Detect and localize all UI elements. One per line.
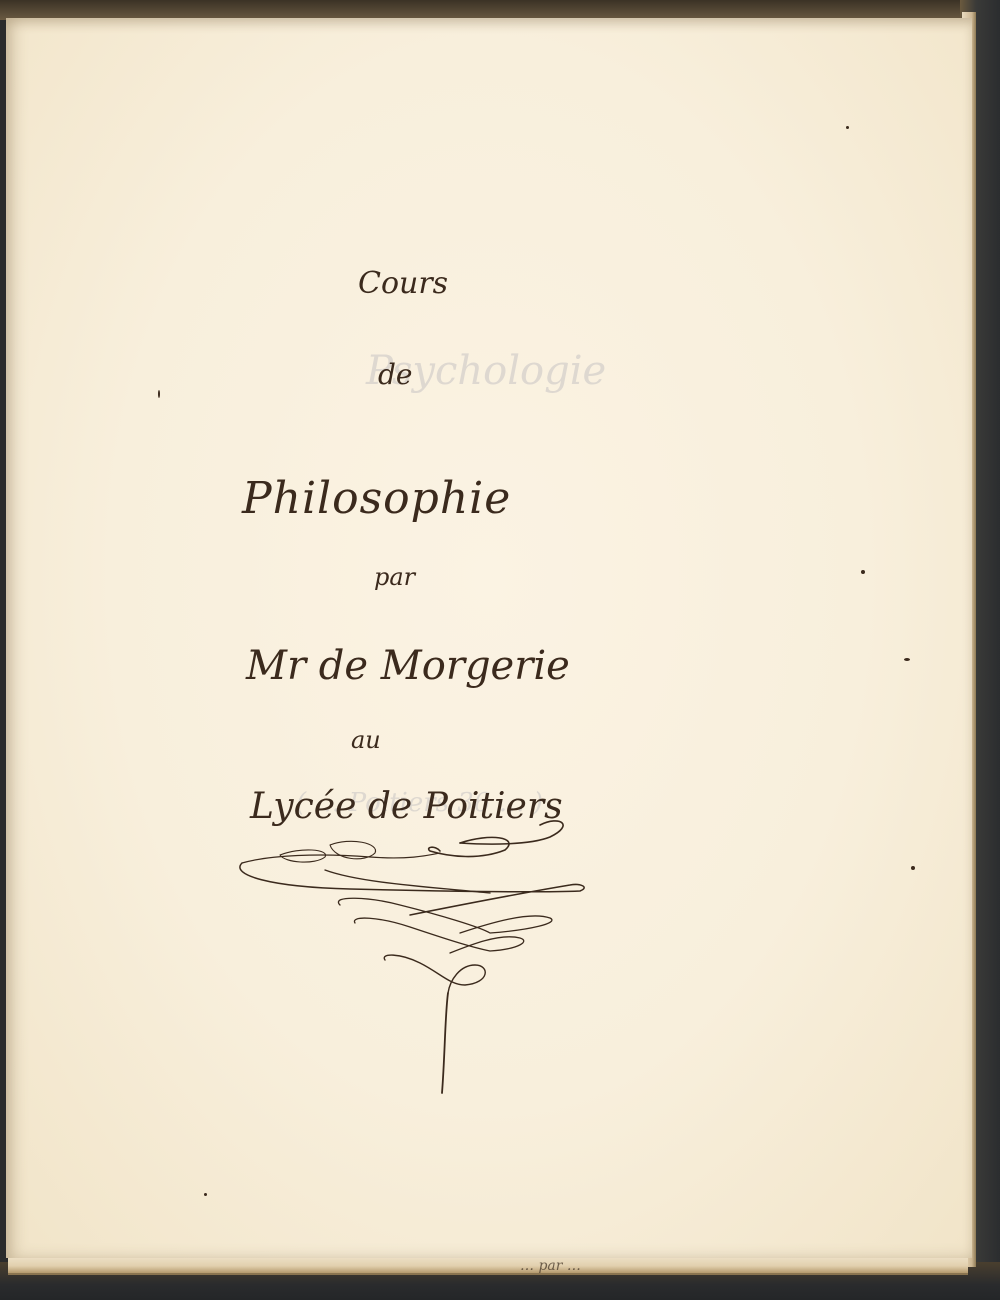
- calligraphic-flourish-icon: [230, 815, 610, 1105]
- ink-speck: [904, 658, 910, 661]
- page-stack-bottom-edge: [8, 1255, 968, 1275]
- ink-speck: [846, 126, 849, 129]
- title-line-par: par: [374, 563, 415, 591]
- title-line-au: au: [351, 726, 381, 754]
- underlying-page-text: … par …: [520, 1258, 581, 1274]
- ink-speck: [861, 570, 865, 574]
- ink-speck: [158, 390, 160, 398]
- author-name: Mr de Morgerie: [246, 643, 570, 689]
- title-line-cours: Cours: [358, 266, 448, 301]
- ink-speck: [204, 1193, 207, 1196]
- book-cover-top: [0, 0, 1000, 20]
- title-line-de: de: [378, 358, 413, 391]
- title-line-philosophie: Philosophie: [242, 473, 511, 524]
- ink-speck: [911, 866, 915, 870]
